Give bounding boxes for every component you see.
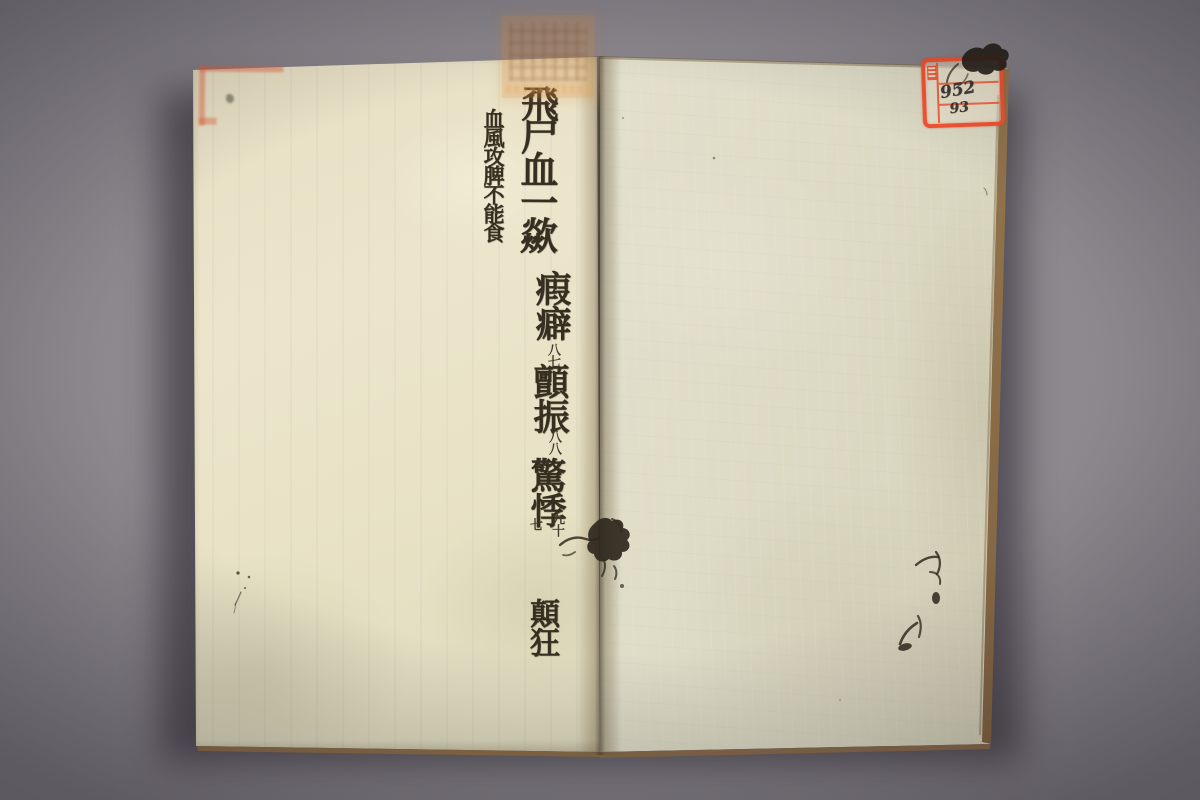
label-side-glyph bbox=[927, 66, 936, 80]
side-note-column: 血風攻脾不能食 bbox=[483, 108, 504, 241]
seal-border-stub bbox=[199, 118, 217, 125]
toc-page-note-2: 八八 bbox=[547, 430, 560, 454]
toc-term-2: 顫振 bbox=[531, 363, 567, 433]
photo-of-open-manuscript: 飛尸血一歘 血風攻脾不能食 瘕癖 八七 顫振 八八 驚悸 九十 七 顛狂 952… bbox=[0, 0, 1200, 800]
seal-border-top bbox=[199, 66, 283, 73]
right-page bbox=[598, 55, 1013, 757]
red-shelf-label: 952 93 bbox=[921, 56, 1005, 129]
faint-corner-seal bbox=[199, 66, 286, 127]
label-number-2: 93 bbox=[949, 99, 970, 117]
right-page-gutter-shading bbox=[598, 55, 1013, 757]
toc-page-note-3: 九十 bbox=[550, 512, 563, 536]
toc-page-note-3b: 七 bbox=[528, 518, 541, 530]
toc-term-1: 瘕癖 bbox=[533, 270, 569, 340]
site-watermark bbox=[502, 16, 594, 98]
title-column: 飛尸血一歘 bbox=[516, 84, 555, 249]
ink-speck bbox=[226, 94, 234, 103]
toc-term-4: 顛狂 bbox=[526, 598, 556, 656]
